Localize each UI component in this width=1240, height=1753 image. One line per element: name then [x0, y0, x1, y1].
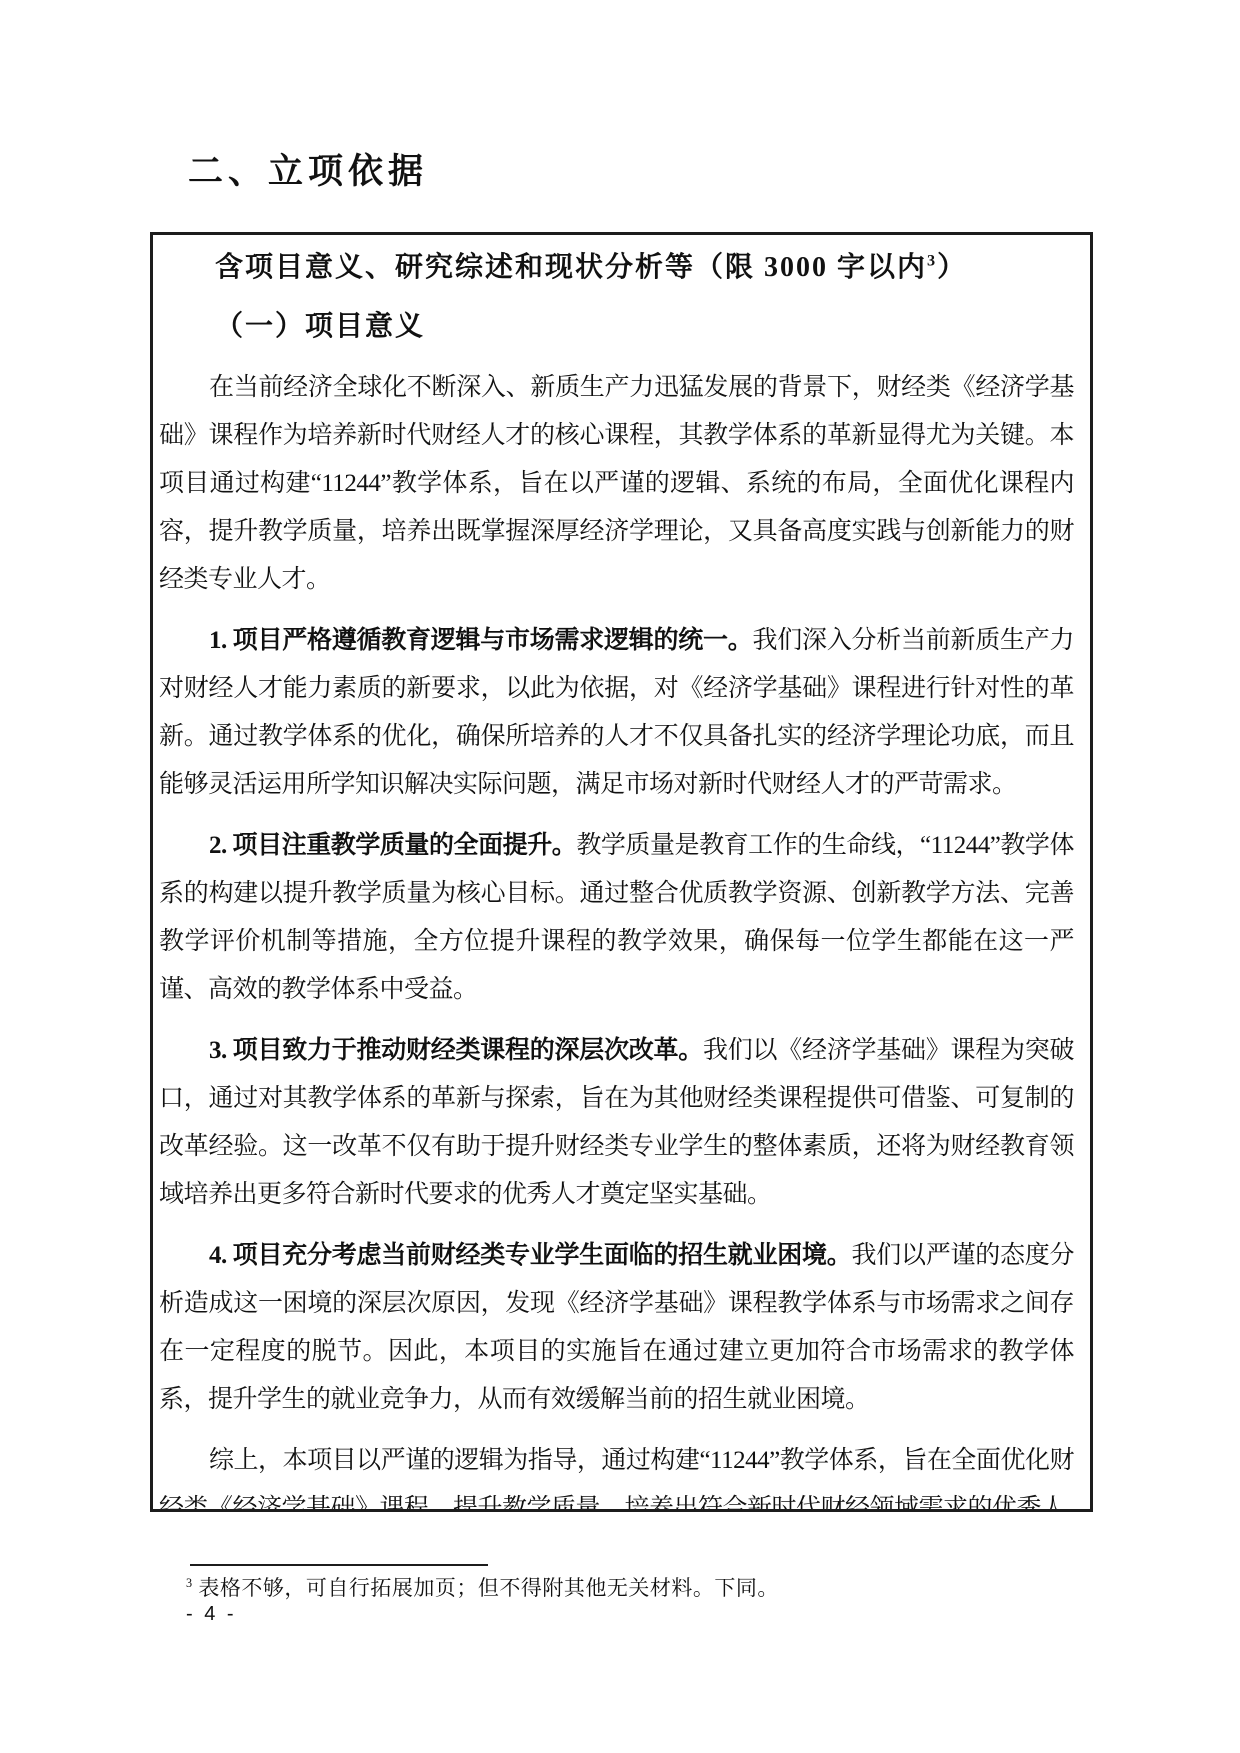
footnote-text: 表格不够，可自行拓展加页；但不得附其他无关材料。下同。	[198, 1576, 779, 1600]
paragraph-point-3: 3. 项目致力于推动财经类课程的深层次改革。我们以《经济学基础》课程为突破口，通…	[159, 1027, 1074, 1219]
document-page: 二、立项依据 含项目意义、研究综述和现状分析等（限 3000 字以内3） （一）…	[0, 0, 1240, 1753]
box-title-closing-bracket: ）	[937, 252, 967, 283]
section-heading: 二、立项依据	[188, 148, 428, 196]
footnote-ref-superscript: 3	[927, 252, 937, 270]
paragraph-point-2: 2. 项目注重教学质量的全面提升。教学质量是教育工作的生命线，“11244”教学…	[159, 822, 1074, 1014]
paragraph-lead: 4. 项目充分考虑当前财经类专业学生面临的招生就业困境。	[209, 1242, 851, 1269]
paragraph-body: 在当前经济全球化不断深入、新质生产力迅猛发展的背景下，财经类《经济学基础》课程作…	[159, 374, 1074, 593]
paragraph-summary: 综上，本项目以严谨的逻辑为指导，通过构建“11244”教学体系，旨在全面优化财经…	[159, 1437, 1074, 1512]
paragraph-point-1: 1. 项目严格遵循教育逻辑与市场需求逻辑的统一。我们深入分析当前新质生产力对财经…	[159, 617, 1074, 809]
footnote: 3 表格不够，可自行拓展加页；但不得附其他无关材料。下同。	[186, 1574, 1066, 1602]
box-subheading: （一）项目意义	[159, 303, 1074, 351]
page-number: - 4 -	[186, 1603, 237, 1626]
paragraph-intro: 在当前经济全球化不断深入、新质生产力迅猛发展的背景下，财经类《经济学基础》课程作…	[159, 364, 1074, 604]
box-title-text: 含项目意义、研究综述和现状分析等（限 3000 字以内	[215, 252, 927, 283]
footnote-marker: 3	[186, 1576, 193, 1590]
paragraph-lead: 3. 项目致力于推动财经类课程的深层次改革。	[209, 1037, 703, 1064]
paragraph-lead: 2. 项目注重教学质量的全面提升。	[209, 832, 576, 859]
paragraph-body: 综上，本项目以严谨的逻辑为指导，通过构建“11244”教学体系，旨在全面优化财经…	[159, 1447, 1074, 1512]
paragraph-point-4: 4. 项目充分考虑当前财经类专业学生面临的招生就业困境。我们以严谨的态度分析造成…	[159, 1232, 1074, 1424]
footnote-separator-line	[190, 1564, 488, 1566]
paragraph-lead: 1. 项目严格遵循教育逻辑与市场需求逻辑的统一。	[209, 627, 752, 654]
content-box: 含项目意义、研究综述和现状分析等（限 3000 字以内3） （一）项目意义 在当…	[150, 232, 1093, 1512]
box-title: 含项目意义、研究综述和现状分析等（限 3000 字以内3）	[159, 243, 1074, 293]
